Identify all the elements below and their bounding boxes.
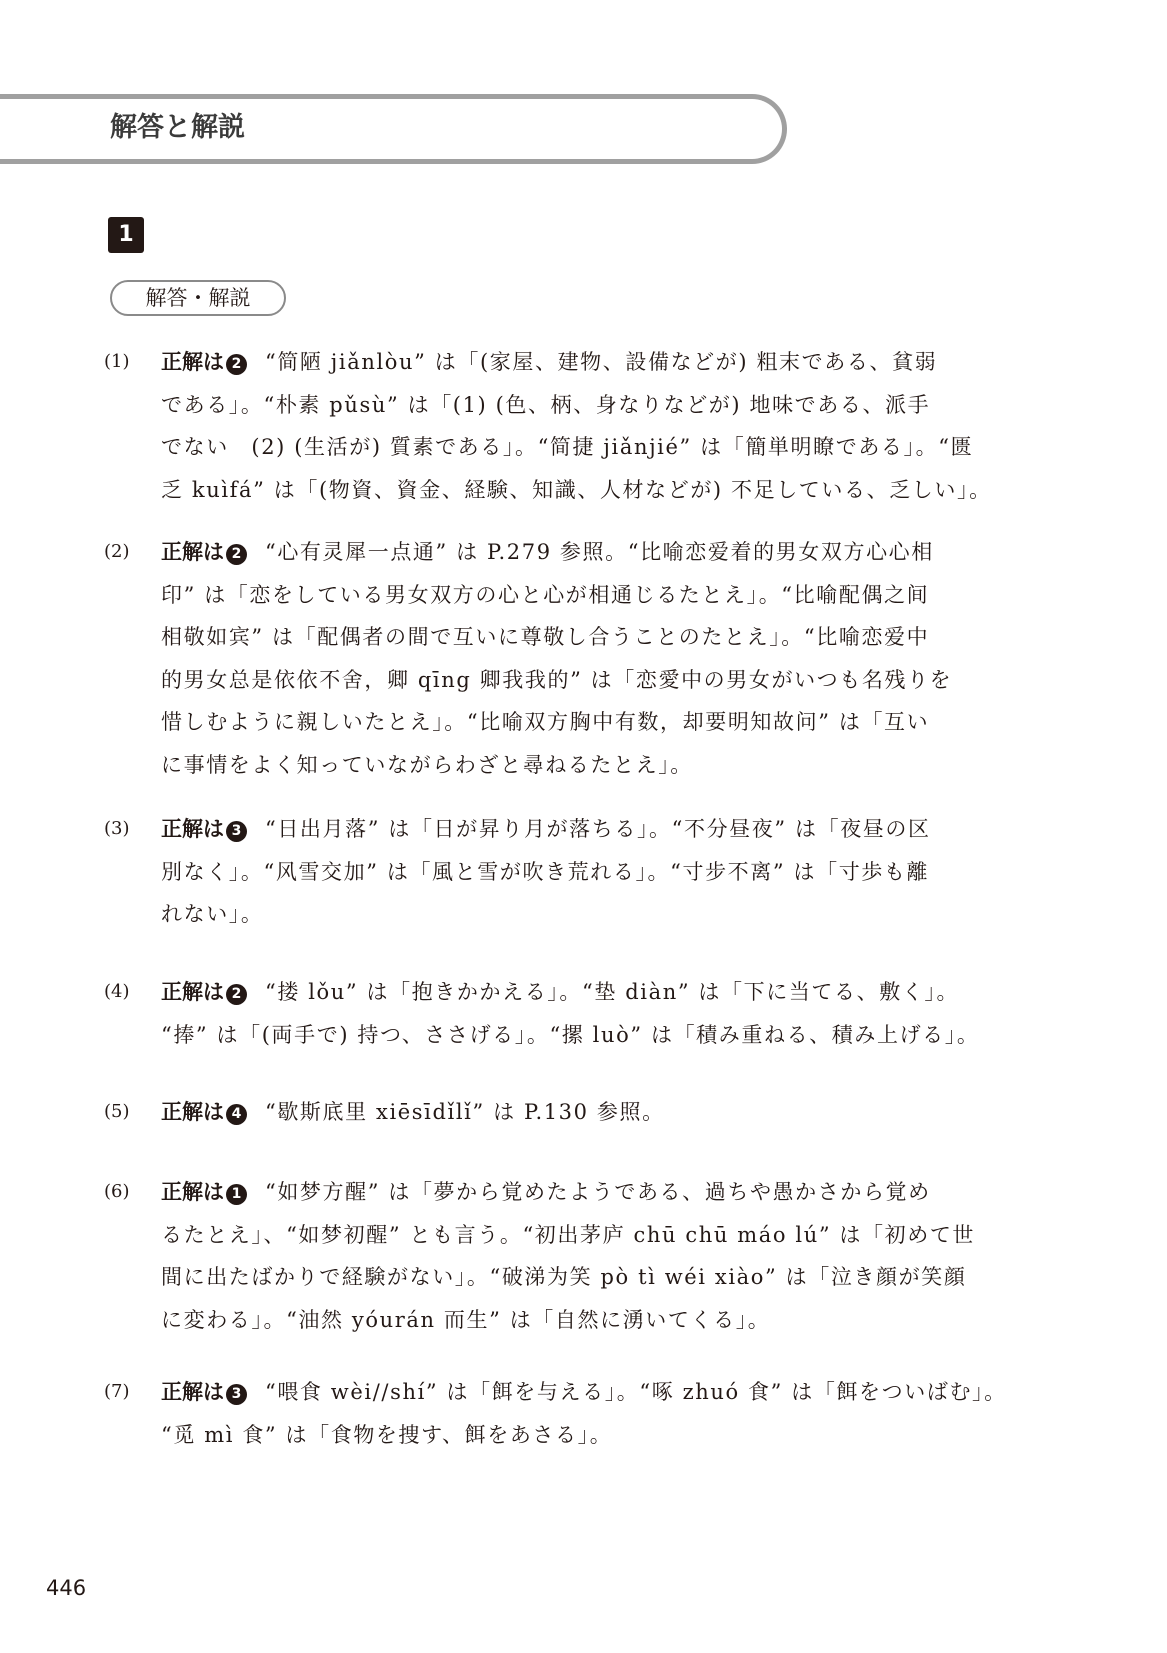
circled-number-icon: 2 [226,984,247,1005]
text-line: 別なく」。“风雪交加” は「風と雪が吹き荒れる」。“寸步不离” は「寸歩も離 [161,851,1041,894]
text-line: “简陋 jiǎnlòu” は「(家屋、建物、設備などが) 粗末である、貧弱 [265,350,937,374]
text-line: るたとえ」、“如梦初醒” とも言う。“初出茅庐 chū chū máo lú” … [161,1214,1041,1257]
text-line: でない (2) (生活が) 質素である」。“简捷 jiǎnjié” は「簡単明瞭… [161,426,1041,469]
text-line: “觅 mì 食” は「食物を捜す、餌をあさる」。 [161,1414,1041,1457]
text-line: 印” は「恋をしている男女双方の心と心が相通じるたとえ」。“比喻配偶之间 [161,574,1041,617]
circled-number-icon: 3 [226,1384,247,1405]
text-line: “搂 lǒu” は「抱きかかえる」。“垫 diàn” は「下に当てる、敷く」。 [265,980,959,1004]
text-line: “喂食 wèi//shí” は「餌を与える」。“啄 zhuó 食” は「餌をつい… [265,1380,1007,1404]
correct-label: 正解は [161,350,224,374]
item-text: 正解は4“歇斯底里 xiēsīdǐlǐ” は P.130 参照。 [161,1091,1041,1134]
text-line: 惜しむように親しいたとえ」。“比喻双方胸中有数，却要明知故问” は「互い [161,701,1041,744]
item-text: 正解は2“心有灵犀一点通” は P.279 参照。“比喻恋爱着的男女双方心心相 … [161,531,1041,786]
item-number: (1) [104,341,130,384]
circled-number-icon: 1 [226,1184,247,1205]
correct-label: 正解は [161,1180,224,1204]
item-number: (6) [104,1171,130,1214]
text-line: “心有灵犀一点通” は P.279 参照。“比喻恋爱着的男女双方心心相 [265,540,934,564]
subhead-pill: 解答・解説 [110,280,286,316]
circled-number-icon: 4 [226,1104,247,1125]
item-number: (5) [104,1091,130,1134]
item-text: 正解は3“日出月落” は「日が昇り月が落ちる」。“不分昼夜” は「夜昼の区 別な… [161,808,1041,936]
text-line: “歇斯底里 xiēsīdǐlǐ” は P.130 参照。 [265,1100,665,1124]
section-number-badge: 1 [108,217,144,253]
item-number: (2) [104,531,130,574]
correct-label: 正解は [161,540,224,564]
item-number: (4) [104,971,130,1014]
item-number: (7) [104,1371,130,1414]
correct-label: 正解は [161,817,224,841]
text-line: “日出月落” は「日が昇り月が落ちる」。“不分昼夜” は「夜昼の区 [265,817,931,841]
text-line: に事情をよく知っていながらわざと尋ねるたとえ」。 [161,744,1041,787]
text-line: れない」。 [161,893,1041,936]
text-line: “如梦方醒” は「夢から覚めたようである、過ちや愚かさから覚め [265,1180,931,1204]
text-line: 間に出たばかりで経験がない」。“破涕为笑 pò tì wéi xiào” は「泣… [161,1256,1041,1299]
circled-number-icon: 2 [226,544,247,565]
item-text: 正解は2“简陋 jiǎnlòu” は「(家屋、建物、設備などが) 粗末である、貧… [161,341,1041,511]
correct-label: 正解は [161,1100,224,1124]
text-line: 乏 kuìfá” は「(物資、資金、経験、知識、人材などが) 不足している、乏し… [161,469,1041,512]
item-text: 正解は1“如梦方醒” は「夢から覚めたようである、過ちや愚かさから覚め るたとえ… [161,1171,1041,1341]
text-line: 的男女总是依依不舍，卿 qīng 卿我我的” は「恋愛中の男女がいつも名残りを [161,659,1041,702]
text-line: 相敬如宾” は「配偶者の間で互いに尊敬し合うことのたとえ」。“比喻恋爱中 [161,616,1041,659]
text-line: に変わる」。“油然 yóurán 而生” は「自然に湧いてくる」。 [161,1299,1041,1342]
correct-label: 正解は [161,980,224,1004]
page-title: 解答と解説 [110,110,245,146]
text-line: である」。“朴素 pǔsù” は「(1) (色、柄、身なりなどが) 地味である、… [161,384,1041,427]
item-text: 正解は2“搂 lǒu” は「抱きかかえる」。“垫 diàn” は「下に当てる、敷… [161,971,1041,1056]
item-number: (3) [104,808,130,851]
circled-number-icon: 3 [226,821,247,842]
page-number: 446 [46,1576,86,1600]
item-text: 正解は3“喂食 wèi//shí” は「餌を与える」。“啄 zhuó 食” は「… [161,1371,1041,1456]
text-line: “捧” は「(両手で) 持つ、ささげる」。“摞 luò” は「積み重ねる、積み上… [161,1014,1041,1057]
correct-label: 正解は [161,1380,224,1404]
circled-number-icon: 2 [226,354,247,375]
